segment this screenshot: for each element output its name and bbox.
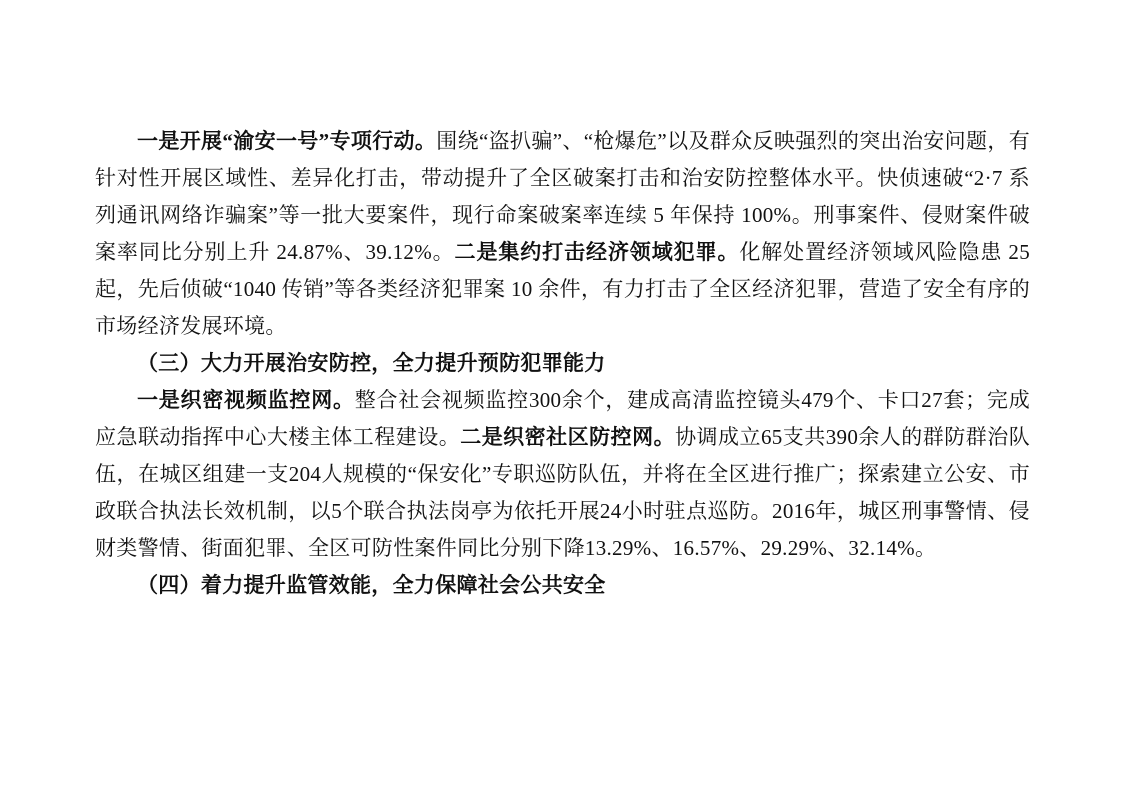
- paragraph-special-actions: 一是开展“渝安一号”专项行动。围绕“盗扒骗”、“枪爆危”以及群众反映强烈的突出治…: [95, 123, 1030, 345]
- document-body: 一是开展“渝安一号”专项行动。围绕“盗扒骗”、“枪爆危”以及群众反映强烈的突出治…: [95, 123, 1030, 604]
- run-bold-lead-2: 二是集约打击经济领域犯罪。: [455, 240, 740, 264]
- run-bold-lead-1: 一是开展“渝安一号”专项行动。: [137, 129, 436, 153]
- paragraph-prevention-control: 一是织密视频监控网。整合社会视频监控300余个，建成高清监控镜头479个、卡口2…: [95, 382, 1030, 567]
- section-heading-4: （四）着力提升监管效能，全力保障社会公共安全: [95, 567, 1030, 604]
- run-bold-lead-2: 二是织密社区防控网。: [460, 425, 675, 449]
- section-heading-3: （三）大力开展治安防控，全力提升预防犯罪能力: [95, 345, 1030, 382]
- document-page: 一是开展“渝安一号”专项行动。围绕“盗扒骗”、“枪爆危”以及群众反映强烈的突出治…: [0, 0, 1122, 794]
- heading-text: （三）大力开展治安防控，全力提升预防犯罪能力: [137, 351, 606, 375]
- run-bold-lead-1: 一是织密视频监控网。: [137, 388, 355, 412]
- heading-text: （四）着力提升监管效能，全力保障社会公共安全: [137, 573, 606, 597]
